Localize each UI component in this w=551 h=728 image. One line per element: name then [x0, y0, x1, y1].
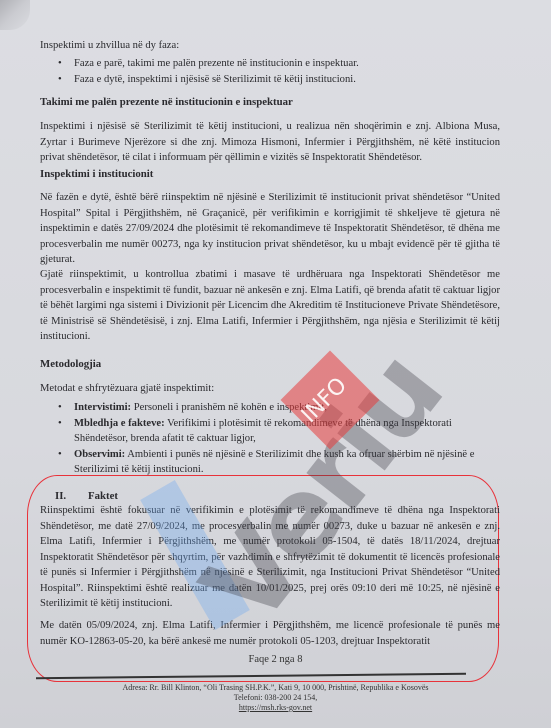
section-heading-meeting: Takimi me palën prezente në institucioni… — [40, 96, 293, 108]
method-term: Mbledhja e fakteve: — [74, 418, 165, 429]
footer-address: Adresa: Rr. Bill Klinton, “Oli Trasing S… — [0, 683, 551, 693]
method-desc: Ambienti i punës në njësinë e Sterilizim… — [74, 449, 474, 476]
methods-list: Intervistimi: Personeli i pranishëm në k… — [58, 400, 498, 478]
method-item: Mbledhja e fakteve: Verifikimi i plotësi… — [58, 416, 498, 447]
section-heading-methodology: Metodologjia — [40, 358, 101, 370]
method-item: Intervistimi: Personeli i pranishëm në k… — [58, 400, 498, 416]
section-heading-facts: Faktet — [88, 490, 118, 502]
footer-phone: Telefoni: 038-200 24 154, — [0, 693, 551, 703]
facts-paragraph-2: Me datën 05/09/2024, znj. Elma Latifi, I… — [40, 618, 500, 649]
phases-list: Faza e parë, takimi me palën prezente në… — [58, 56, 498, 87]
phase-item: Faza e parë, takimi me palën prezente në… — [58, 56, 498, 72]
method-item: Observimi: Ambienti i punës në njësinë e… — [58, 447, 498, 478]
page-corner-fold — [0, 0, 30, 30]
methodology-intro: Metodat e shfrytëzuara gjatë inspektimit… — [40, 381, 500, 397]
method-desc: Personeli i pranishëm në kohën e inspekt… — [131, 402, 327, 413]
phase-item: Faza e dytë, inspektimi i njësisë së Ste… — [58, 72, 498, 88]
method-term: Intervistimi: — [74, 402, 131, 413]
inspection-paragraph-1: Në fazën e dytë, është bërë riinspektim … — [40, 190, 500, 268]
intro-text: Inspektimi u zhvillua në dy faza: — [40, 38, 500, 54]
method-term: Observimi: — [74, 449, 125, 460]
facts-paragraph-1: Riinspektimi është fokusuar në verifikim… — [40, 503, 500, 612]
inspection-paragraph-2: Gjatë riinspektimit, u kontrollua zbatim… — [40, 267, 500, 345]
section-number-facts: II. — [55, 490, 66, 502]
section-body-meeting: Inspektimi i njësisë së Sterilizimit të … — [40, 119, 500, 166]
footer-website-link[interactable]: https://msh.rks-gov.net — [0, 703, 551, 713]
document-page: Inspektimi u zhvillua në dy faza: Faza e… — [0, 0, 551, 728]
page-number: Faqe 2 nga 8 — [0, 655, 551, 665]
section-heading-inspection: Inspektimi i institucionit — [40, 168, 153, 180]
